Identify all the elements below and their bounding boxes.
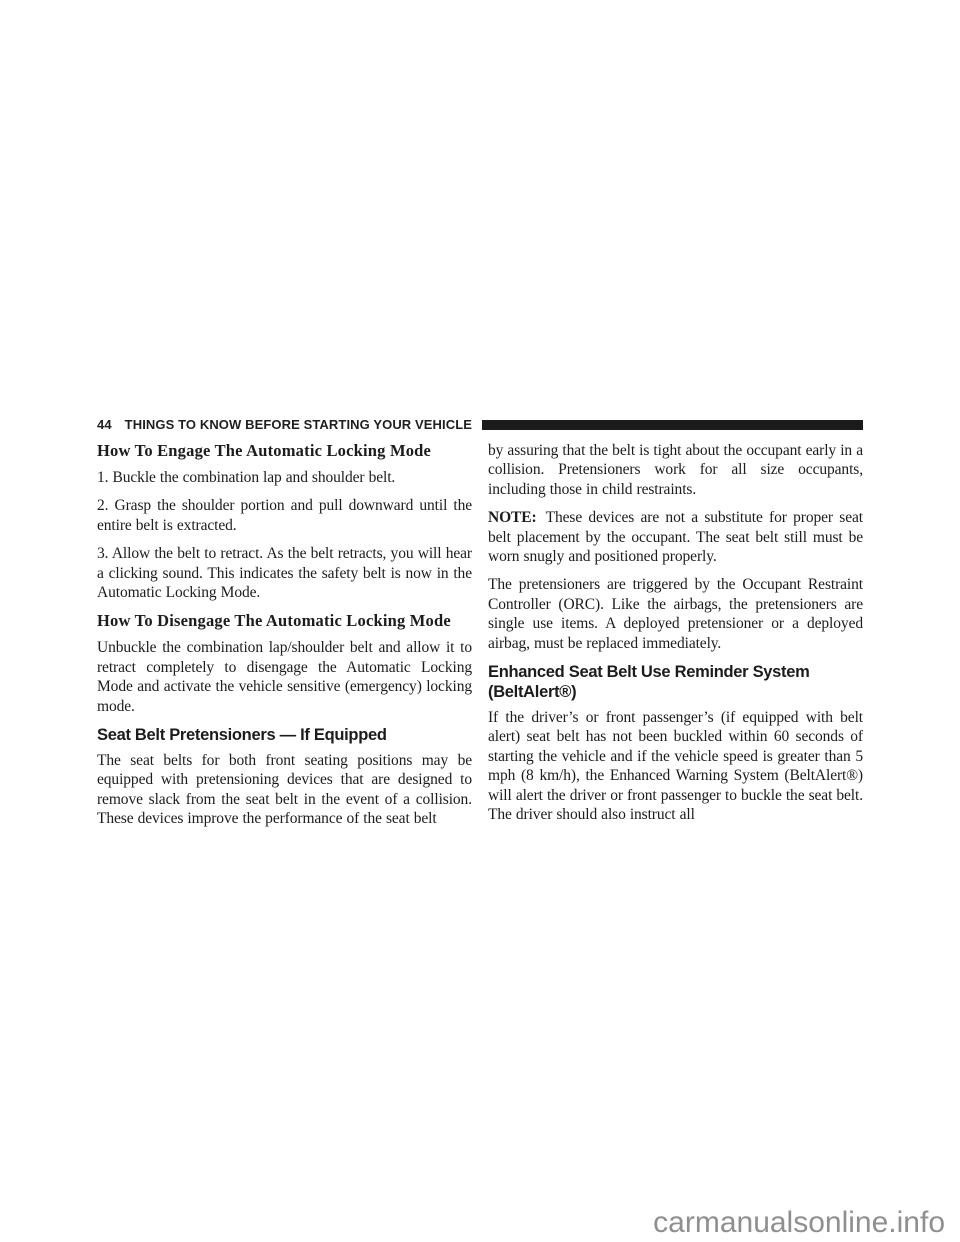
note-paragraph: NOTE:These devices are not a substitute … — [488, 508, 863, 566]
disengage-alm-heading: How To Disengage The Automatic Locking M… — [97, 611, 472, 630]
engage-step-2: 2. Grasp the shoulder portion and pull d… — [97, 496, 472, 535]
beltalert-heading: Enhanced Seat Belt Use Reminder System (… — [488, 662, 863, 702]
header-rule — [482, 420, 863, 430]
page-header: 44 THINGS TO KNOW BEFORE STARTING YOUR V… — [97, 417, 863, 432]
page-number: 44 — [97, 417, 112, 432]
note-text: These devices are not a substitute for p… — [488, 509, 863, 565]
engage-step-3: 3. Allow the belt to retract. As the bel… — [97, 544, 472, 602]
left-column: How To Engage The Automatic Locking Mode… — [97, 441, 472, 838]
engage-step-1: 1. Buckle the combination lap and should… — [97, 468, 472, 487]
orc-paragraph: The pretensioners are triggered by the O… — [488, 575, 863, 653]
page-content: 44 THINGS TO KNOW BEFORE STARTING YOUR V… — [97, 417, 863, 838]
engage-alm-heading: How To Engage The Automatic Locking Mode — [97, 441, 472, 460]
pretensioners-paragraph: The seat belts for both front seating po… — [97, 751, 472, 829]
pretensioners-heading: Seat Belt Pretensioners — If Equipped — [97, 725, 472, 745]
watermark: carmanualsonline.info — [653, 1208, 945, 1238]
right-column: by assuring that the belt is tight about… — [488, 441, 863, 838]
two-column-text: How To Engage The Automatic Locking Mode… — [97, 441, 863, 838]
manual-page: 44 THINGS TO KNOW BEFORE STARTING YOUR V… — [0, 0, 960, 1242]
beltalert-paragraph: If the driver’s or front passenger’s (if… — [488, 708, 863, 824]
note-label: NOTE: — [488, 509, 537, 526]
disengage-paragraph: Unbuckle the combination lap/shoulder be… — [97, 638, 472, 716]
chapter-title: THINGS TO KNOW BEFORE STARTING YOUR VEHI… — [125, 417, 472, 432]
pretensioners-continued-paragraph: by assuring that the belt is tight about… — [488, 441, 863, 499]
